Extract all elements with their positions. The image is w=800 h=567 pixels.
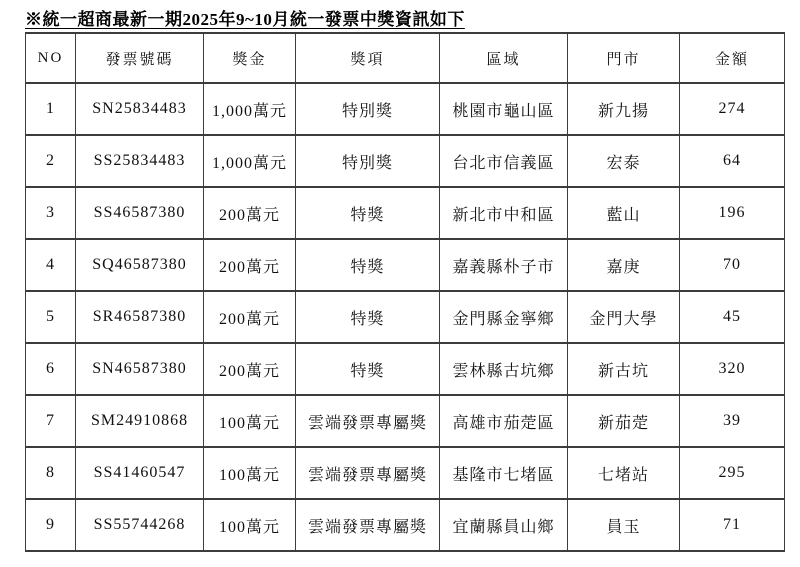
table-body: 1SN258344831,000萬元特別獎桃園市龜山區新九揚2742SS2583… [26, 83, 785, 551]
table-cell: 雲林縣古坑鄉 [440, 343, 568, 395]
table-cell: 8 [26, 447, 76, 499]
table-cell: SM24910868 [76, 395, 204, 447]
table-cell: 3 [26, 187, 76, 239]
table-row: 8SS41460547100萬元雲端發票專屬獎基隆市七堵區七堵站295 [26, 447, 785, 499]
table-cell: 5 [26, 291, 76, 343]
header-row: NO 發票號碼 獎金 獎項 區域 門市 金額 [26, 33, 785, 83]
table-cell: 1,000萬元 [204, 135, 296, 187]
header-cell-region: 區域 [440, 33, 568, 83]
header-cell-store: 門市 [568, 33, 680, 83]
table-cell: SS46587380 [76, 187, 204, 239]
table-row: 2SS258344831,000萬元特別獎台北市信義區宏泰64 [26, 135, 785, 187]
table-cell: SN46587380 [76, 343, 204, 395]
table-cell: 100萬元 [204, 447, 296, 499]
table-cell: 七堵站 [568, 447, 680, 499]
table-cell: 金門縣金寧鄉 [440, 291, 568, 343]
page-title: ※統一超商最新一期2025年9~10月統一發票中獎資訊如下 [25, 5, 465, 30]
document-page: ※統一超商最新一期2025年9~10月統一發票中獎資訊如下 NO 發票號碼 獎金… [0, 0, 800, 567]
table-cell: 2 [26, 135, 76, 187]
table-cell: 桃園市龜山區 [440, 83, 568, 135]
table-cell: 藍山 [568, 187, 680, 239]
table-cell: 特別獎 [296, 135, 440, 187]
table-cell: SN25834483 [76, 83, 204, 135]
table-cell: 200萬元 [204, 187, 296, 239]
prize-info-table: NO 發票號碼 獎金 獎項 區域 門市 金額 1SN258344831,000萬… [25, 32, 785, 552]
table-cell: 新茄萣 [568, 395, 680, 447]
table-cell: 宏泰 [568, 135, 680, 187]
table-cell: 100萬元 [204, 499, 296, 551]
table-cell: 64 [680, 135, 785, 187]
table-row: 9SS55744268100萬元雲端發票專屬獎宜蘭縣員山鄉員玉71 [26, 499, 785, 551]
header-cell-prize-money: 獎金 [204, 33, 296, 83]
table-cell: 雲端發票專屬獎 [296, 395, 440, 447]
table-header: NO 發票號碼 獎金 獎項 區域 門市 金額 [26, 33, 785, 83]
table-row: 5SR46587380200萬元特獎金門縣金寧鄉金門大學45 [26, 291, 785, 343]
table-cell: 新九揚 [568, 83, 680, 135]
table-cell: SS55744268 [76, 499, 204, 551]
table-cell: 70 [680, 239, 785, 291]
table-cell: SQ46587380 [76, 239, 204, 291]
table-cell: 200萬元 [204, 291, 296, 343]
table-cell: SS41460547 [76, 447, 204, 499]
header-cell-invoice-no: 發票號碼 [76, 33, 204, 83]
table-cell: 雲端發票專屬獎 [296, 447, 440, 499]
table-cell: 嘉義縣朴子市 [440, 239, 568, 291]
table-cell: 295 [680, 447, 785, 499]
header-cell-prize-type: 獎項 [296, 33, 440, 83]
table-cell: 特獎 [296, 187, 440, 239]
table-cell: 嘉庚 [568, 239, 680, 291]
table-cell: 100萬元 [204, 395, 296, 447]
table-cell: 台北市信義區 [440, 135, 568, 187]
table-cell: 39 [680, 395, 785, 447]
table-row: 3SS46587380200萬元特獎新北市中和區藍山196 [26, 187, 785, 239]
table-cell: 特別獎 [296, 83, 440, 135]
table-cell: 特獎 [296, 239, 440, 291]
table-row: 7SM24910868100萬元雲端發票專屬獎高雄市茄萣區新茄萣39 [26, 395, 785, 447]
table-cell: 員玉 [568, 499, 680, 551]
table-cell: 特獎 [296, 291, 440, 343]
table-cell: 320 [680, 343, 785, 395]
table-cell: 9 [26, 499, 76, 551]
table-row: 6SN46587380200萬元特獎雲林縣古坑鄉新古坑320 [26, 343, 785, 395]
table-cell: 7 [26, 395, 76, 447]
table-cell: 71 [680, 499, 785, 551]
table-cell: 1,000萬元 [204, 83, 296, 135]
table-cell: 45 [680, 291, 785, 343]
table-cell: 基隆市七堵區 [440, 447, 568, 499]
table-cell: 4 [26, 239, 76, 291]
table-cell: 274 [680, 83, 785, 135]
table-row: 1SN258344831,000萬元特別獎桃園市龜山區新九揚274 [26, 83, 785, 135]
header-cell-no: NO [26, 33, 76, 83]
table-row: 4SQ46587380200萬元特獎嘉義縣朴子市嘉庚70 [26, 239, 785, 291]
table-cell: 新古坑 [568, 343, 680, 395]
table-cell: 200萬元 [204, 343, 296, 395]
table-cell: 1 [26, 83, 76, 135]
table-cell: 新北市中和區 [440, 187, 568, 239]
table-cell: SS25834483 [76, 135, 204, 187]
table-cell: 196 [680, 187, 785, 239]
table-cell: 金門大學 [568, 291, 680, 343]
table-cell: 200萬元 [204, 239, 296, 291]
table-cell: 高雄市茄萣區 [440, 395, 568, 447]
table-cell: 宜蘭縣員山鄉 [440, 499, 568, 551]
table-cell: 雲端發票專屬獎 [296, 499, 440, 551]
header-cell-amount: 金額 [680, 33, 785, 83]
table-cell: 特獎 [296, 343, 440, 395]
table-cell: 6 [26, 343, 76, 395]
table-cell: SR46587380 [76, 291, 204, 343]
